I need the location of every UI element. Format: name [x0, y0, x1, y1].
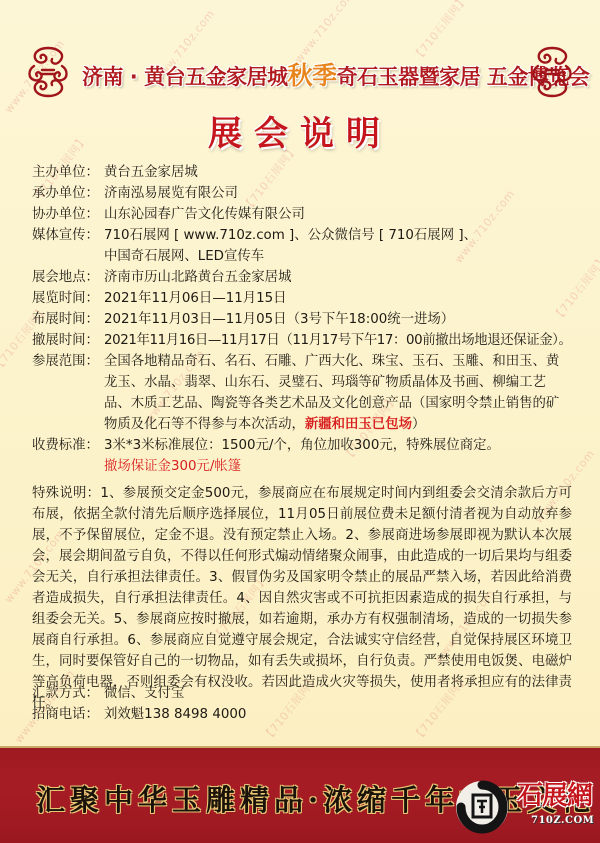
info-label: 媒体宣传：: [32, 225, 104, 267]
info-row-teardown-time: 撤展时间： 2021年11月16日—11月17日（11月17号下午17：00前撤…: [32, 330, 572, 351]
info-label: 参展范围：: [32, 351, 104, 435]
info-row-setup-time: 布展时间： 2021年11月03日—11月05日（3号下午18:00统一进场）: [32, 309, 572, 330]
info-row-payment-method: 汇款方式： 微信、支付宝: [32, 683, 246, 704]
footer-banner: 汇聚中华玉雕精品·浓缩千年古玉文化 石展網 710Z.COM: [0, 746, 600, 843]
deposit-note: 撤场保证金300元/帐篷: [32, 456, 572, 477]
seal-logo-icon: [453, 777, 511, 837]
info-label: 承办单位：: [32, 183, 104, 204]
info-value: 山东沁园春广告文化传媒有限公司: [104, 204, 572, 225]
info-value: 2021年11月16日—11月17日（11月17号下午17：00前撤出场地退还保…: [104, 330, 572, 351]
info-value: 济南市历山北路黄台五金家居城: [104, 267, 572, 288]
payment-info: 汇款方式： 微信、支付宝 招商电话： 刘效魁138 8498 4000: [32, 683, 246, 725]
info-label: 撤展时间：: [32, 330, 104, 351]
info-label: 主办单位：: [32, 162, 104, 183]
info-value: 济南泓易展览有限公司: [104, 183, 572, 204]
info-value: 黄台五金家居城: [104, 162, 572, 183]
media-line-2: 中国奇石展网、LED宣传车: [104, 246, 572, 267]
special-notes: 特殊说明：1、参展预交定金500元，参展商应在布展规定时间内到组委会交清余款后方…: [32, 483, 572, 714]
info-label: 收费标准：: [32, 435, 104, 456]
logo-url: 710Z.COM: [531, 815, 594, 826]
scope-highlight: 新疆和田玉已包场: [305, 417, 412, 432]
info-row-co-organizer: 协办单位： 山东沁园春广告文化传媒有限公司: [32, 204, 572, 225]
info-row-media: 媒体宣传： 710石展网 [ www.710z.com ]、公众微信号 [ 71…: [32, 225, 572, 267]
info-label: 布展时间：: [32, 309, 104, 330]
info-label: 汇款方式：: [32, 683, 104, 704]
info-label: 展览时间：: [32, 288, 104, 309]
info-row-venue: 展会地点： 济南市历山北路黄台五金家居城: [32, 267, 572, 288]
info-value: 2021年11月03日—11月05日（3号下午18:00统一进场）: [104, 309, 572, 330]
event-header: 济南 · 黄台五金家居城秋季奇石玉器暨家居 五金博览会: [0, 42, 600, 102]
info-row-phone: 招商电话： 刘效魁138 8498 4000: [32, 704, 246, 725]
info-value: 710石展网 [ www.710z.com ]、公众微信号 [ 710石展网 ]…: [104, 225, 572, 267]
cloud-ornament-icon: [528, 44, 576, 100]
info-value: 微信、支付宝: [104, 683, 246, 704]
site-logo: 石展網 710Z.COM: [453, 773, 600, 843]
info-label: 招商电话：: [32, 704, 104, 725]
scope-tail: ）: [412, 417, 425, 432]
event-season: 秋季: [288, 61, 337, 90]
info-row-fees: 收费标准： 3米*3米标准展位：1500元/个，角位加收300元，特殊展位商定。: [32, 435, 572, 456]
info-value: 2021年11月06日—11月15日: [104, 288, 572, 309]
cloud-ornament-icon: [24, 44, 72, 100]
media-line-1: 710石展网 [ www.710z.com ]、公众微信号 [ 710石展网 ]…: [104, 225, 572, 246]
info-label: 展会地点：: [32, 267, 104, 288]
info-value: 全国各地精品奇石、名石、石雕、广西大化、珠宝、玉石、玉雕、和田玉、黄龙玉、水晶、…: [104, 351, 572, 435]
info-label: 协办单位：: [32, 204, 104, 225]
document-title: 展会说明: [0, 106, 600, 155]
special-notes-text: 1、参展预交定金500元，参展商应在布展规定时间内到组委会交清余款后方可布展，依…: [32, 486, 572, 711]
info-value: 刘效魁138 8498 4000: [104, 704, 246, 725]
event-title: 济南 · 黄台五金家居城秋季奇石玉器暨家居 五金博览会: [82, 56, 589, 92]
info-label: 特殊说明：: [32, 486, 100, 501]
info-row-scope: 参展范围： 全国各地精品奇石、名石、石雕、广西大化、珠宝、玉石、玉雕、和田玉、黄…: [32, 351, 572, 435]
info-row-undertaker: 承办单位： 济南泓易展览有限公司: [32, 183, 572, 204]
logo-name: 石展網: [517, 775, 592, 812]
exhibition-info: 主办单位： 黄台五金家居城 承办单位： 济南泓易展览有限公司 协办单位： 山东沁…: [32, 162, 572, 714]
info-row-organizer: 主办单位： 黄台五金家居城: [32, 162, 572, 183]
event-title-part1: 济南 · 黄台五金家居城: [82, 65, 288, 89]
info-row-exhibition-time: 展览时间： 2021年11月06日—11月15日: [32, 288, 572, 309]
info-value: 3米*3米标准展位：1500元/个，角位加收300元，特殊展位商定。: [104, 435, 572, 456]
